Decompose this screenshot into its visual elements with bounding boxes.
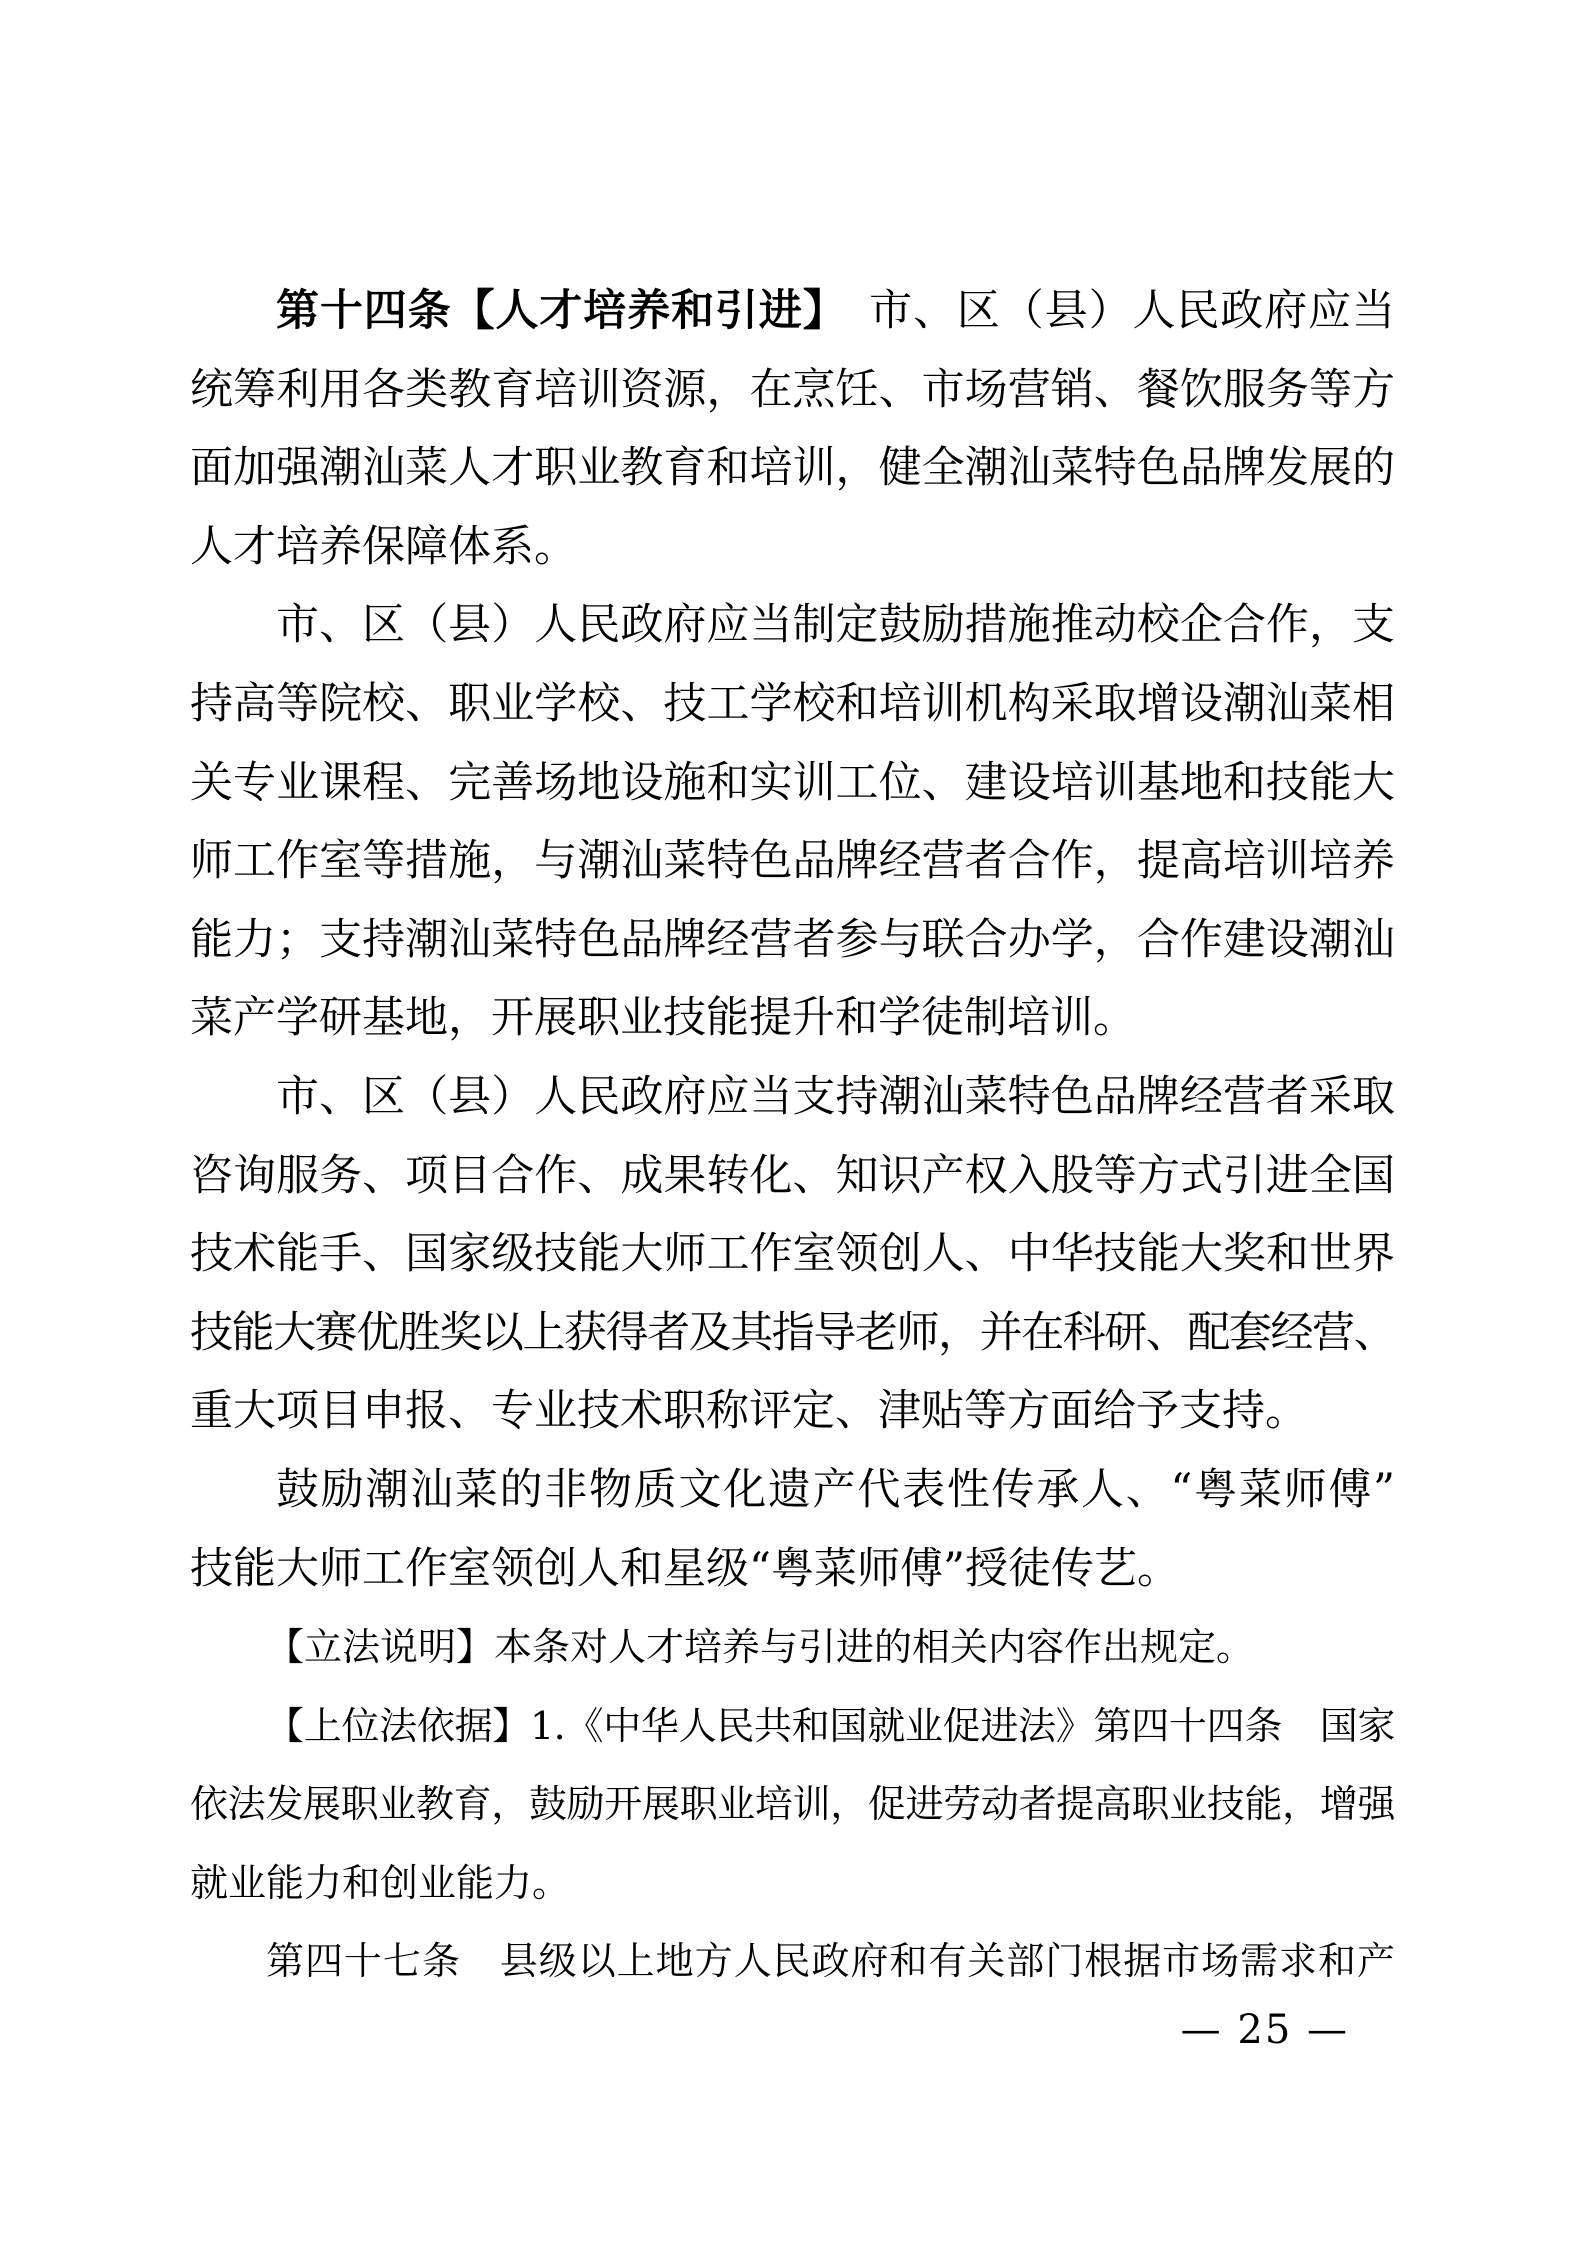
text-line: 第四十七条 县级以上地方人民政府和有关部门根据市场需求和产 (190, 1922, 1395, 2001)
text-run: 能力；支持潮汕菜特色品牌经营者参与联合办学，合作建设潮汕 (190, 915, 1395, 965)
text-line: 能力；支持潮汕菜特色品牌经营者参与联合办学，合作建设潮汕 (190, 901, 1395, 980)
text-line: 关专业课程、完善场地设施和实训工位、建设培训基地和技能大 (190, 744, 1395, 823)
text-line: 面加强潮汕菜人才职业教育和培训，健全潮汕菜特色品牌发展的 (190, 429, 1395, 508)
text-line: 技术能手、国家级技能大师工作室领创人、中华技能大奖和世界 (190, 1215, 1395, 1294)
text-line: 技能大师工作室领创人和星级“粤菜师傅”授徒传艺。 (190, 1530, 1395, 1609)
document-page: { "page": { "background": "#ffffff", "te… (0, 0, 1587, 2245)
text-run: 人才培养保障体系。 (190, 522, 577, 572)
text-run: 鼓励潮汕菜的非物质文化遗产代表性传承人、“粤菜师傅” (276, 1465, 1395, 1515)
text-line: 【上位法依据】1.《中华人民共和国就业促进法》第四十四条 国家 (190, 1687, 1395, 1766)
text-line: 统筹利用各类教育培训资源，在烹饪、市场营销、餐饮服务等方 (190, 351, 1395, 430)
text-line: 依法发展职业教育，鼓励开展职业培训，促进劳动者提高职业技能，增强 (190, 1765, 1395, 1844)
text-run: 重大项目申报、专业技术职称评定、津贴等方面给予支持。 (190, 1386, 1308, 1436)
text-line: 就业能力和创业能力。 (190, 1844, 1395, 1923)
text-line: 第十四条【人才培养和引进】 市、区（县）人民政府应当 (190, 272, 1395, 351)
text-line: 技能大赛优胜奖以上获得者及其指导老师，并在科研、配套经营、 (190, 1294, 1395, 1373)
text-run: 咨询服务、项目合作、成果转化、知识产权入股等方式引进全国 (190, 1151, 1395, 1201)
text-run: 技能大赛优胜奖以上获得者及其指导老师，并在科研、配套经营、 (190, 1308, 1395, 1358)
text-run: 持高等院校、职业学校、技工学校和培训机构采取增设潮汕菜相 (190, 679, 1395, 729)
text-line: 持高等院校、职业学校、技工学校和培训机构采取增设潮汕菜相 (190, 665, 1395, 744)
text-run: 【上位法依据】1.《中华人民共和国就业促进法》第四十四条 国家 (266, 1704, 1395, 1748)
text-run: 第四十七条 县级以上地方人民政府和有关部门根据市场需求和产 (266, 1939, 1395, 1983)
text-run: 菜产学研基地，开展职业技能提升和学徒制培训。 (190, 993, 1136, 1043)
text-run: 关专业课程、完善场地设施和实训工位、建设培训基地和技能大 (190, 758, 1395, 808)
text-run: 就业能力和创业能力。 (190, 1861, 570, 1905)
text-run: 市、区（县）人民政府应当支持潮汕菜特色品牌经营者采取 (276, 1072, 1395, 1122)
text-line: 市、区（县）人民政府应当制定鼓励措施推动校企合作，支 (190, 586, 1395, 665)
text-line: 【立法说明】本条对人才培养与引进的相关内容作出规定。 (190, 1608, 1395, 1687)
article-heading: 第十四条【人才培养和引进】 (276, 286, 825, 336)
text-run: 市、区（县）人民政府应当 (825, 286, 1395, 336)
text-line: 市、区（县）人民政府应当支持潮汕菜特色品牌经营者采取 (190, 1058, 1395, 1137)
page-number: — 25 — (1181, 2000, 1349, 2060)
text-run: 【立法说明】本条对人才培养与引进的相关内容作出规定。 (266, 1625, 1254, 1669)
text-run: 依法发展职业教育，鼓励开展职业培训，促进劳动者提高职业技能，增强 (190, 1782, 1395, 1826)
text-column: 第十四条【人才培养和引进】 市、区（县）人民政府应当统筹利用各类教育培训资源，在… (190, 272, 1395, 2001)
text-run: 师工作室等措施，与潮汕菜特色品牌经营者合作，提高培训培养 (190, 836, 1395, 886)
text-line: 菜产学研基地，开展职业技能提升和学徒制培训。 (190, 979, 1395, 1058)
text-line: 咨询服务、项目合作、成果转化、知识产权入股等方式引进全国 (190, 1137, 1395, 1216)
text-line: 师工作室等措施，与潮汕菜特色品牌经营者合作，提高培训培养 (190, 822, 1395, 901)
text-run: 统筹利用各类教育培训资源，在烹饪、市场营销、餐饮服务等方 (190, 365, 1395, 415)
text-line: 人才培养保障体系。 (190, 508, 1395, 587)
text-run: 技术能手、国家级技能大师工作室领创人、中华技能大奖和世界 (190, 1229, 1395, 1279)
text-line: 重大项目申报、专业技术职称评定、津贴等方面给予支持。 (190, 1372, 1395, 1451)
text-run: 技能大师工作室领创人和星级“粤菜师傅”授徒传艺。 (190, 1544, 1180, 1594)
text-run: 面加强潮汕菜人才职业教育和培训，健全潮汕菜特色品牌发展的 (190, 443, 1395, 493)
text-run: 市、区（县）人民政府应当制定鼓励措施推动校企合作，支 (276, 600, 1395, 650)
text-line: 鼓励潮汕菜的非物质文化遗产代表性传承人、“粤菜师傅” (190, 1451, 1395, 1530)
